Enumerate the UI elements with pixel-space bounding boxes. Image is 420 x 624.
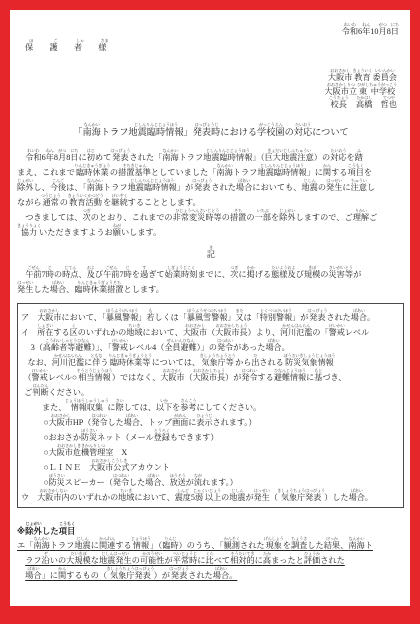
- text-line: （警戒けいかいレベル○相当情報そうとうじょうほう）ではなく、大阪市おおさかし（大…: [21, 368, 401, 383]
- ruby-text: 次つぎ: [230, 270, 238, 279]
- criteria-box: ア 大阪市おおさかしにおいて、「暴風警報ぼうふうけいほう」若もしくは「暴風雪警報…: [17, 303, 404, 508]
- text-line: 大阪市立おおさかしりつ東ひがし中学校ちゅうがっこう: [17, 82, 397, 96]
- ruby-text: 時点じてん: [62, 270, 78, 279]
- text-line: ○ＬＩＮＥ 大阪市公式おおさかしこうしきアカウント: [21, 458, 401, 473]
- ruby-text: 地域ちいき: [118, 493, 134, 502]
- ruby-text: 始業時刻しぎょうじこく: [165, 270, 198, 279]
- ruby-text: 大阪市内おおさかしない: [37, 493, 69, 502]
- ruby-text: 理解りかい: [353, 213, 369, 222]
- ruby-text: 又また: [235, 313, 243, 322]
- ruby-text: 年ねん: [46, 153, 54, 162]
- ruby-text: 発表はっぴょう: [170, 571, 188, 580]
- ruby-text: 大阪市おおさかし: [37, 313, 61, 322]
- ruby-text: 大阪市おおさかし: [49, 418, 73, 427]
- ruby-text: 地震臨時情報じしんりんじじょうほう: [128, 127, 183, 137]
- ruby-text: 過す: [140, 270, 148, 279]
- ruby-text: 判断はんだん: [32, 388, 48, 397]
- ruby-text: 記き: [207, 250, 215, 259]
- ruby-text: 調査ちょうさ: [291, 541, 307, 550]
- ruby-text: 巨大地震注意きょだいじしんちゅうい: [265, 153, 314, 162]
- ruby-text: 場合ばあい: [124, 418, 140, 427]
- ruby-text: 災害等さいがいとう: [328, 270, 353, 279]
- excluded-item-text: エ「南海なんかいトラフ地震じしんに関連かんれんする情報じょうほう」（臨時りんじ）…: [17, 536, 405, 581]
- ruby-text: 震度しんど: [175, 493, 191, 502]
- ruby-text: 河川氾濫かせんはんらん: [280, 328, 312, 337]
- text-line: まえ、これまで臨時休業りんじきゅうぎょうの措置基準そちきじゅんとしていました「南…: [17, 163, 405, 178]
- ruby-text: 発表はっぴょう: [308, 313, 326, 322]
- ruby-text: 高たか: [263, 556, 271, 565]
- ruby-text: 区く: [70, 328, 78, 337]
- ruby-text: 場合ばあい: [50, 285, 66, 294]
- ruby-text: 相当情報そうとうじょうほう: [77, 373, 112, 382]
- text-line: なお、河川氾濫かせんはんらんに伴ともなう臨時休業等りんじきゅうぎょうとうについて…: [21, 353, 401, 368]
- ruby-text: 日にち: [391, 27, 399, 36]
- text-line: 除外じょがいし、今後こんごは、「南海なんかいトラフ地震臨時情報じしんりんじじょう…: [17, 178, 405, 193]
- ruby-text: 月がつ: [58, 153, 66, 162]
- recipient-line: 保ほ 護ご 者しゃ 様さま: [17, 38, 405, 53]
- ruby-text: 項目こうもく: [59, 526, 76, 536]
- ruby-text: 発令はつれい: [217, 343, 233, 352]
- ruby-text: 通常つうじょう: [42, 198, 60, 207]
- ruby-text: 大阪市おおさかし: [160, 373, 184, 382]
- ruby-text: 午前ごぜん: [103, 270, 119, 279]
- ruby-text: 比くら: [205, 556, 213, 565]
- ruby-text: 関連かんれん: [99, 541, 115, 550]
- ruby-text: 河川氾濫かせんはんらん: [52, 358, 84, 367]
- ruby-text: 午前ごぜん: [25, 270, 41, 279]
- text-line: 校長こうちょう 高橋たかはし 哲也てつや: [17, 95, 397, 109]
- ruby-text: 掲かか: [247, 270, 255, 279]
- ruby-text: 以上いじょう: [205, 493, 221, 502]
- ruby-text: 南海なんかい: [348, 541, 364, 550]
- ruby-text: 出だ: [251, 358, 259, 367]
- ruby-text: 哲也てつや: [381, 100, 397, 109]
- ruby-text: 流なが: [194, 478, 202, 487]
- ruby-text: 措置基準そちきじゅん: [118, 168, 151, 177]
- ruby-text: 場合ばあい: [349, 493, 365, 502]
- ruby-text: 非常変災時等ひじょうへんさいじとう: [173, 213, 222, 222]
- ruby-text: 評価ひょうか: [304, 556, 320, 565]
- text-line: 午前ごぜん7時じの時点じてん、及および午前ごぜん7時じを過すぎて始業時刻しぎょう…: [17, 265, 405, 280]
- ruby-text: 南海なんかい: [87, 183, 103, 192]
- ruby-text: 発表時はっぴょうじ: [193, 127, 221, 137]
- ruby-text: 次つぎ: [83, 213, 91, 222]
- ruby-text: 全員避難ぜんいんひなん: [164, 343, 196, 352]
- ruby-text: 項目こうもく: [348, 168, 364, 177]
- ruby-text: 発生はっせい: [326, 183, 342, 192]
- ruby-text: 南海なんかい: [82, 127, 100, 137]
- text-line: 3（高齢者等避難こうれいしゃとうひなん）」、「警戒けいかいレベル4（全員避難ぜん…: [21, 338, 401, 353]
- ruby-text: 若も: [146, 313, 154, 322]
- ruby-text: 保ほ: [25, 43, 37, 52]
- ruby-text: 現象げんしょう: [265, 541, 283, 550]
- ruby-text: 規模きぼ: [304, 270, 320, 279]
- ruby-text: 発令はつれい: [113, 478, 129, 487]
- ruby-text: 場合ばあい: [351, 313, 367, 322]
- ruby-text: 大阪市長おおさかしちょう: [193, 373, 225, 382]
- ruby-text: 発表はっぴょう: [193, 183, 211, 192]
- text-line: 発生はっせいした場合ばあい、臨時休業措置りんじきゅうぎょうそちとします。: [17, 280, 405, 295]
- ruby-text: 大阪市おおさかし: [183, 328, 207, 337]
- notice-page: 令和れいわ6年ねん10月がつ8日にち 保ほ 護ご 者しゃ 様さま 大阪市おおさか…: [0, 0, 420, 624]
- ruby-text: 伴ともな: [92, 358, 100, 367]
- ruby-text: 大阪市公式おおさかしこうしき: [89, 463, 129, 472]
- ruby-text: 月がつ: [379, 27, 387, 36]
- ruby-text: 南海なんかい: [162, 153, 178, 162]
- ruby-text: 警戒けいかい: [329, 328, 345, 337]
- text-line: ○大阪市危機管理室おおさかしききかんりしつ X: [21, 443, 401, 458]
- ruby-text: 登録とうろく: [154, 433, 170, 442]
- ruby-text: 場合ばあい: [145, 478, 161, 487]
- ruby-text: 教育活動きょういくかつどう: [68, 198, 103, 207]
- ruby-text: 地震じしん: [74, 541, 90, 550]
- ruby-text: 様さま: [98, 43, 110, 52]
- ruby-text: 相対的そうたいてき: [230, 556, 255, 565]
- ruby-text: 大阪市危機管理室おおさかしききかんりしつ: [49, 448, 114, 457]
- paragraph-request: つきましては、次つぎのとおり、これまでの非常変災時等ひじょうへんさいじとうの措置…: [17, 208, 405, 238]
- ruby-text: 平常時へいじょうじ: [173, 556, 198, 565]
- document-title: 「南海なんかいトラフ地震臨時情報じしんりんじじょうほう」発表時はっぴょうじにおけ…: [17, 122, 405, 139]
- text-line: ○防災ぼうさいスピーカー（発令はつれいした場合ばあい、放送ほうそうが流ながれます…: [21, 473, 401, 488]
- text-line: 大阪市おおさかし教育きょういく委員会いいんかい: [17, 68, 397, 82]
- ruby-text: 南海なんかい: [33, 541, 49, 550]
- ruby-text: 地震臨時情報じしんりんじじょうほう: [128, 183, 177, 192]
- ruby-text: 除外じょがい: [17, 183, 33, 192]
- ruby-text: 高齢者等避難こうれいしゃとうひなん: [43, 343, 92, 352]
- ruby-text: 暴風警報ぼうふうけいほう: [106, 313, 138, 322]
- ruby-text: 場合ばあい: [265, 343, 281, 352]
- ruby-text: 発生はっせい: [254, 493, 270, 502]
- ruby-text: 除外じょがい: [25, 526, 42, 536]
- text-line: ラフ沿ぞいの大規模だいきぼな地震発生じしんはっせいの可能性かのうせいが平常時へい…: [17, 551, 405, 566]
- paragraph-condition: 午前ごぜん7時じの時点じてん、及および午前ごぜん7時じを過すぎて始業時刻しぎょう…: [17, 265, 405, 295]
- ruby-text: 気象庁発表きしょうちょうはっぴょう: [107, 571, 153, 580]
- ruby-text: 除外じょがい: [279, 213, 295, 222]
- text-line: 協力きょうりょくいただきますようお願ねがいします。: [17, 223, 405, 238]
- ruby-text: 場合ばあい: [236, 183, 252, 192]
- text-line: ウ 大阪市内おおさかしないのいずれかの地域ちいきにおいて、震度しんど5弱じゃく以…: [21, 488, 401, 503]
- ruby-text: 学校園がっこうえん: [257, 127, 285, 137]
- ruby-text: 特別警報とくべつけいほう: [260, 313, 292, 322]
- ruby-text: 高橋たかはし: [356, 100, 372, 109]
- ruby-text: 対応たいおう: [294, 127, 312, 137]
- ruby-text: 情報収集じょうほうしゅうしゅう: [66, 403, 107, 412]
- ruby-text: 措置そち: [230, 213, 246, 222]
- ruby-text: 気象庁等きしょうちょうとう: [200, 358, 235, 367]
- ruby-text: 防災ぼうさい: [81, 433, 97, 442]
- ruby-text: 画面がめん: [172, 418, 188, 427]
- text-line: 令和れいわ6年ねん8月がつ8日にちに初はじめて発表はっぴょうされた「南海なんかい…: [17, 148, 405, 163]
- text-line: エ「南海なんかいトラフ地震じしんに関連かんれんする情報じょうほう」（臨時りんじ）…: [17, 536, 405, 551]
- ruby-text: 表示ひょうじ: [196, 418, 212, 427]
- ruby-text: 臨時休業措置りんじきゅうぎょうそち: [74, 285, 123, 294]
- ruby-text: 防災気象情報ぼうさいきしょうじょうほう: [284, 358, 336, 367]
- text-line: ご判断はんだんください。: [21, 383, 401, 398]
- record-mark: 記き: [17, 245, 405, 260]
- ruby-text: 以下いか: [156, 403, 172, 412]
- ruby-text: 護ご: [49, 43, 61, 52]
- ruby-text: 臨時休業等りんじきゅうぎょうとう: [108, 358, 151, 367]
- ruby-text: 放送ほうそう: [170, 478, 186, 487]
- text-line: つきましては、次つぎのとおり、これまでの非常変災時等ひじょうへんさいじとうの措置…: [17, 208, 405, 223]
- ruby-text: 願ねが: [113, 228, 121, 237]
- ruby-text: 南海なんかい: [216, 168, 232, 177]
- ruby-text: 関かん: [323, 168, 331, 177]
- ruby-text: 可能性かのうせい: [140, 556, 165, 565]
- ruby-text: 弱じゃく: [195, 493, 205, 502]
- ruby-text: 継続けいぞく: [111, 198, 127, 207]
- ruby-text: 防災ぼうさい: [49, 478, 65, 487]
- ruby-text: 令和れいわ: [342, 27, 358, 36]
- text-line: ○大阪市おおさかしHP（発令はつれいした場合ばあい、トップ画面がめんに表示ひょう…: [21, 413, 401, 428]
- ruby-text: 結果けっか: [324, 541, 340, 550]
- document-sheet: 令和れいわ6年ねん10月がつ8日にち 保ほ 護ご 者しゃ 様さま 大阪市おおさか…: [10, 10, 410, 606]
- ruby-text: 一部いちぶ: [255, 213, 271, 222]
- text-line: ○おおさか防災ぼうさいネット（メール登録とうろくもできます）: [21, 428, 401, 443]
- ruby-text: 発表はっぴょう: [111, 153, 129, 162]
- ruby-text: 年ねん: [362, 27, 370, 36]
- ruby-text: 大阪市長おおさかしちょう: [215, 328, 247, 337]
- text-line: イ 所在しょざいする区くのいずれかの地域ちいきにおいて、大阪市おおさかし（大阪市…: [21, 323, 401, 338]
- ruby-text: 今後こんご: [50, 183, 66, 192]
- ruby-text: 沿ぞ: [42, 556, 50, 565]
- ruby-text: 地域ちいき: [126, 328, 142, 337]
- ruby-text: 情報じょうほう: [132, 541, 150, 550]
- ruby-text: 地震臨時情報じしんりんじじょうほう: [203, 153, 252, 162]
- text-line: また、情報収集じょうほうしゅうしゅうに際さいしては、以下いかを参考さんこうにして…: [21, 398, 401, 413]
- ruby-text: 臨時りんじ: [162, 541, 178, 550]
- ruby-text: 校長こうちょう: [329, 100, 348, 109]
- ruby-text: 時じ: [46, 270, 54, 279]
- sender-block: 大阪市おおさかし教育きょういく委員会いいんかい大阪市立おおさかしりつ東ひがし中学…: [17, 68, 405, 109]
- ruby-text: 者しゃ: [74, 43, 86, 52]
- text-line: ア 大阪市おおさかしにおいて、「暴風警報ぼうふうけいほう」若もしくは「暴風雪警報…: [21, 308, 401, 323]
- ruby-text: 地震じしん: [301, 183, 317, 192]
- ruby-text: 場合ばあい: [213, 571, 229, 580]
- ruby-text: 暴風雪警報ぼうふうせつけいほう: [187, 313, 227, 322]
- ruby-text: 及およ: [87, 270, 95, 279]
- ruby-text: 臨時休業りんじきゅうぎょう: [75, 168, 110, 177]
- ruby-text: 場合ばあい: [25, 571, 41, 580]
- ruby-text: 基もと: [314, 373, 322, 382]
- ruby-text: 態様及たいようおよ: [271, 270, 296, 279]
- ruby-text: 日にち: [70, 153, 78, 162]
- ruby-text: 際さい: [115, 403, 123, 412]
- ruby-text: 参考さんこう: [180, 403, 196, 412]
- ruby-text: 対応たいおう: [330, 153, 346, 162]
- ruby-text: 時じ: [124, 270, 132, 279]
- ruby-text: 発令はつれい: [241, 373, 257, 382]
- ruby-text: 大規模だいきぼ: [66, 556, 91, 565]
- ruby-text: 発令はつれい: [91, 418, 107, 427]
- text-line: ながら通常つうじょうの教育活動きょういくかつどうを継続けいぞくすることとします。: [17, 193, 405, 208]
- ruby-text: 地震発生じしんはっせい: [99, 556, 132, 565]
- ruby-text: 警戒けいかい: [112, 343, 128, 352]
- ruby-text: 観測かんそく: [224, 541, 240, 550]
- text-line: 場合ばあい」に関かんするもの（気象庁発表きしょうちょうはっぴょう）が発表はっぴょ…: [17, 566, 405, 581]
- ruby-text: 協力きょうりょく: [17, 228, 39, 237]
- ruby-text: 所在しょざい: [37, 328, 53, 337]
- paragraph-intro: 令和れいわ6年ねん8月がつ8日にちに初はじめて発表はっぴょうされた「南海なんかい…: [17, 148, 405, 208]
- ruby-text: 初はじ: [87, 153, 95, 162]
- ruby-text: 踏ふ: [355, 153, 363, 162]
- document-date: 令和れいわ6年ねん10月がつ8日にち: [17, 22, 405, 37]
- ruby-text: 令和れいわ: [25, 153, 41, 162]
- ruby-text: 関かん: [58, 571, 66, 580]
- ruby-text: 地震じしん: [229, 493, 245, 502]
- ruby-text: 注意ちゅうい: [351, 183, 367, 192]
- ruby-text: 気象庁発表きしょうちょうはっぴょう: [278, 493, 324, 502]
- ruby-text: 避難情報ひなんじょうほう: [274, 373, 306, 382]
- ruby-text: 発生はっせい: [17, 285, 33, 294]
- ruby-text: 地震臨時情報じしんりんじじょうほう: [257, 168, 306, 177]
- ruby-text: 警戒けいかい: [32, 373, 48, 382]
- excluded-items-heading: ※除外じょがいした項目こうもく: [17, 521, 405, 536]
